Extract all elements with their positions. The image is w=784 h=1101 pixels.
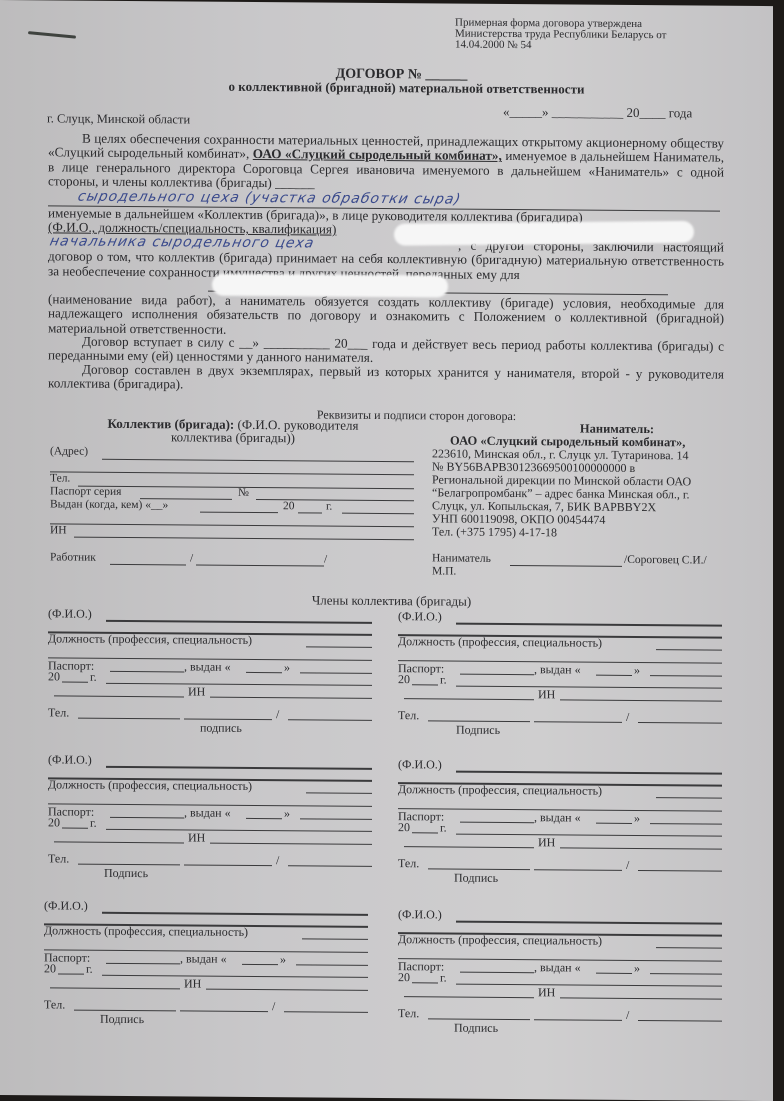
redaction	[212, 274, 448, 298]
issued-by-field-2[interactable]	[106, 683, 372, 686]
position-field[interactable]	[302, 938, 368, 940]
address-field[interactable]	[102, 459, 414, 462]
issued-close: »	[284, 806, 290, 821]
position-field[interactable]	[656, 947, 722, 949]
issued-day-field[interactable]	[596, 823, 632, 824]
fio-field[interactable]	[456, 771, 722, 775]
id-label: ИН	[538, 985, 555, 1000]
slash: /	[324, 554, 327, 566]
fio-field[interactable]	[456, 623, 722, 627]
position-field[interactable]	[656, 649, 722, 651]
member-block: (Ф.И.О.) Должность (профессия, специальн…	[398, 747, 728, 890]
year-field[interactable]	[412, 684, 438, 685]
signature-field[interactable]	[180, 1010, 268, 1012]
signature-field[interactable]	[534, 869, 622, 871]
issued-day-field[interactable]	[596, 675, 632, 676]
year-prefix: 20	[398, 672, 410, 687]
slash: /	[276, 707, 279, 722]
approval-line: 14.04.2000 № 54	[455, 40, 666, 53]
issued-close: »	[634, 663, 640, 678]
phone-label: Тел.	[398, 1006, 419, 1021]
phone-field[interactable]	[78, 718, 180, 720]
position-label: Должность (профессия, специальность)	[398, 932, 602, 949]
paragraph-text: (наименование вида работ), а наниматель …	[48, 291, 724, 336]
slash: /	[626, 858, 629, 873]
issued-by-field-2[interactable]	[106, 829, 372, 832]
year-suffix: г.	[86, 962, 93, 977]
id-label: ИН	[538, 687, 555, 702]
fio-label: (Ф.И.О.)	[44, 898, 88, 913]
year-field[interactable]	[412, 982, 438, 983]
signature-label: Подпись	[454, 1021, 498, 1036]
year-prefix: 20	[283, 500, 295, 512]
id-label: ИН	[184, 976, 201, 991]
address-field-2[interactable]	[50, 471, 414, 475]
signature-label: Подпись	[456, 723, 500, 738]
position-label: Должность (профессия, специальность)	[398, 782, 602, 799]
id-prefix-field[interactable]	[50, 987, 180, 989]
issued-label: , выдан «	[184, 659, 231, 674]
passport-field[interactable]	[110, 817, 184, 819]
year-suffix: г.	[440, 672, 447, 687]
issued-by-field[interactable]	[342, 513, 414, 515]
issued-by-field-2[interactable]	[50, 523, 414, 527]
fio-field[interactable]	[106, 766, 372, 770]
issued-by-field-2[interactable]	[102, 975, 368, 978]
issued-by-field[interactable]	[650, 675, 722, 677]
id-prefix-field[interactable]	[54, 841, 184, 843]
issued-day-field[interactable]	[246, 672, 282, 673]
passport-no-field[interactable]	[256, 499, 414, 501]
year-suffix: г.	[90, 670, 97, 685]
issued-label: , выдан «	[180, 951, 227, 966]
year-field[interactable]	[298, 512, 322, 513]
issued-by-field-2[interactable]	[456, 686, 722, 689]
signature-name-field[interactable]	[638, 870, 722, 872]
issued-label: , выдан «	[184, 805, 231, 820]
signature-field[interactable]	[534, 1019, 622, 1021]
fio-label: (Ф.И.О.)	[48, 752, 92, 767]
slash: /	[272, 999, 275, 1014]
id-label: ИН	[188, 830, 205, 845]
signature-name-field[interactable]	[638, 722, 722, 724]
id-field[interactable]	[206, 989, 368, 991]
year-prefix: 20	[48, 815, 60, 830]
employer-requisites: Наниматель: ОАО «Слуцкий сыродельный ком…	[432, 421, 752, 541]
issued-by-field[interactable]	[650, 823, 722, 825]
position-label: Должность (профессия, специальность)	[48, 631, 252, 648]
id-label: ИН	[538, 835, 555, 850]
signature-name-field[interactable]	[638, 1020, 722, 1022]
position-label: Должность (профессия, специальность)	[398, 634, 602, 651]
year-prefix: 20	[398, 970, 410, 985]
passport-series-label: Паспорт серия	[50, 485, 121, 498]
issued-day-field[interactable]	[246, 818, 282, 819]
phone-label: Тел.	[398, 856, 419, 871]
position-field[interactable]	[306, 646, 372, 648]
address-label: (Адрес)	[50, 445, 88, 457]
year-field[interactable]	[62, 681, 88, 682]
approval-note: Примерная форма договора утверждена Мини…	[455, 18, 666, 53]
signature-field[interactable]	[534, 721, 622, 723]
issued-label: , выдан «	[534, 810, 581, 825]
paragraph-text: Договор составлен в двух экземплярах, пе…	[48, 362, 724, 392]
city: г. Слуцк, Минской области	[47, 111, 190, 127]
member-block: (Ф.И.О.) Должность (профессия, специальн…	[398, 599, 728, 742]
signature-name-field[interactable]	[288, 865, 372, 867]
issued-label: Выдан (когда, кем) «__»	[50, 498, 168, 511]
issued-date-field[interactable]	[200, 512, 278, 514]
issued-close: »	[634, 811, 640, 826]
collective-heading-line2: коллектива (бригады))	[48, 429, 418, 445]
fio-field[interactable]	[102, 912, 368, 916]
employer-phone: Тел. (+375 1795) 4-17-18	[432, 525, 752, 541]
id-label: ИН	[50, 524, 67, 536]
member-block: (Ф.И.О.) Должность (профессия, специальн…	[48, 742, 378, 885]
id-field[interactable]	[210, 697, 372, 699]
year-prefix: 20	[44, 961, 56, 976]
phone-label: Тел.	[398, 708, 419, 723]
signature-label: Подпись	[100, 1012, 144, 1027]
paragraph-text: Договор вступает в силу с __» __________…	[48, 334, 724, 366]
fio-field[interactable]	[106, 620, 372, 624]
fio-label: (Ф.И.О.)	[48, 606, 92, 621]
year-suffix: г.	[90, 816, 97, 831]
passport-field[interactable]	[460, 822, 534, 824]
position-label: Должность (профессия, специальность)	[48, 777, 252, 794]
id-field[interactable]	[560, 699, 722, 701]
passport-field[interactable]	[460, 972, 534, 974]
issued-day-field[interactable]	[242, 964, 278, 965]
contract-date: «_____» ___________ 20____ года	[503, 104, 692, 121]
passport-no-label: №	[238, 487, 249, 499]
issued-close: »	[634, 961, 640, 976]
year-suffix: г.	[326, 501, 332, 513]
worker-signature-field[interactable]	[110, 564, 186, 566]
position-field[interactable]	[656, 797, 722, 799]
pen-mark	[28, 31, 76, 39]
issued-day-field[interactable]	[596, 973, 632, 974]
id-field[interactable]	[210, 843, 372, 845]
stamp-label: М.П.	[432, 565, 456, 577]
fio-label: (Ф.И.О.)	[398, 609, 442, 624]
member-block: (Ф.И.О.) Должность (профессия, специальн…	[48, 596, 378, 739]
id-prefix-field[interactable]	[404, 846, 534, 848]
position-label: Должность (профессия, специальность)	[44, 923, 248, 940]
passport-field[interactable]	[110, 671, 184, 673]
slash: /	[276, 853, 279, 868]
signature-label: подпись	[200, 721, 242, 736]
year-field[interactable]	[412, 832, 438, 833]
issued-close: »	[280, 952, 286, 967]
phone-label: Тел.	[48, 851, 69, 866]
paragraph-copies: Договор составлен в двух экземплярах, пе…	[48, 362, 724, 396]
member-block: (Ф.И.О.) Должность (профессия, специальн…	[44, 888, 374, 1031]
signature-field[interactable]	[184, 864, 272, 866]
passport-field[interactable]	[460, 674, 534, 676]
passport-field[interactable]	[106, 963, 180, 965]
employer-signature-label: Наниматель	[432, 552, 491, 564]
signature-name-field[interactable]	[288, 719, 372, 721]
id-label: ИН	[188, 684, 205, 699]
issued-close: »	[284, 660, 290, 675]
issued-label: , выдан «	[534, 662, 581, 677]
contract-page: Примерная форма договора утверждена Мини…	[0, 0, 773, 1095]
year-suffix: г.	[440, 970, 447, 985]
slash: /	[190, 552, 193, 564]
issued-by-field[interactable]	[300, 818, 372, 820]
id-field[interactable]	[74, 537, 414, 541]
fio-label: (Ф.И.О.)	[398, 757, 442, 772]
worker-label: Работник	[50, 551, 96, 563]
fio-field[interactable]	[456, 921, 722, 925]
year-suffix: г.	[440, 820, 447, 835]
fio-label: (Ф.И.О.)	[398, 907, 442, 922]
position-field[interactable]	[306, 792, 372, 794]
redaction	[394, 221, 694, 246]
slash: /	[626, 1008, 629, 1023]
issued-by-field[interactable]	[296, 964, 368, 966]
issued-by-field[interactable]	[650, 973, 722, 975]
issued-label: , выдан «	[534, 960, 581, 975]
employer-signature-field[interactable]	[510, 565, 622, 567]
id-field[interactable]	[560, 847, 722, 849]
phone-label: Тел.	[44, 997, 65, 1012]
phone-label: Тел.	[50, 472, 70, 484]
phone-label: Тел.	[48, 705, 69, 720]
year-prefix: 20	[48, 669, 60, 684]
signature-label: Подпись	[454, 871, 498, 886]
issued-by-field[interactable]	[300, 672, 372, 674]
id-prefix-field[interactable]	[404, 698, 534, 700]
issued-by-field-2[interactable]	[456, 984, 722, 987]
id-prefix-field[interactable]	[404, 996, 534, 998]
id-field[interactable]	[560, 997, 722, 999]
member-block: (Ф.И.О.) Должность (профессия, специальн…	[398, 897, 728, 1040]
employer-signatory: /Сороговец С.И./	[624, 554, 707, 567]
year-field[interactable]	[58, 973, 84, 974]
slash: /	[626, 710, 629, 725]
collective-requisites: Коллектив (бригада): (Ф.И.О. руководител…	[48, 416, 418, 445]
signature-name-field[interactable]	[284, 1011, 368, 1013]
paragraph-main: В целях обеспечения сохранности материал…	[48, 131, 724, 193]
handwritten-brigade: сыродельного цеха (участка обработки сыр…	[76, 189, 462, 208]
signature-label: Подпись	[104, 866, 148, 881]
issued-by-field-2[interactable]	[456, 834, 722, 837]
year-field[interactable]	[62, 827, 88, 828]
id-prefix-field[interactable]	[54, 695, 184, 697]
worker-name-field[interactable]	[196, 565, 324, 567]
year-prefix: 20	[398, 820, 410, 835]
